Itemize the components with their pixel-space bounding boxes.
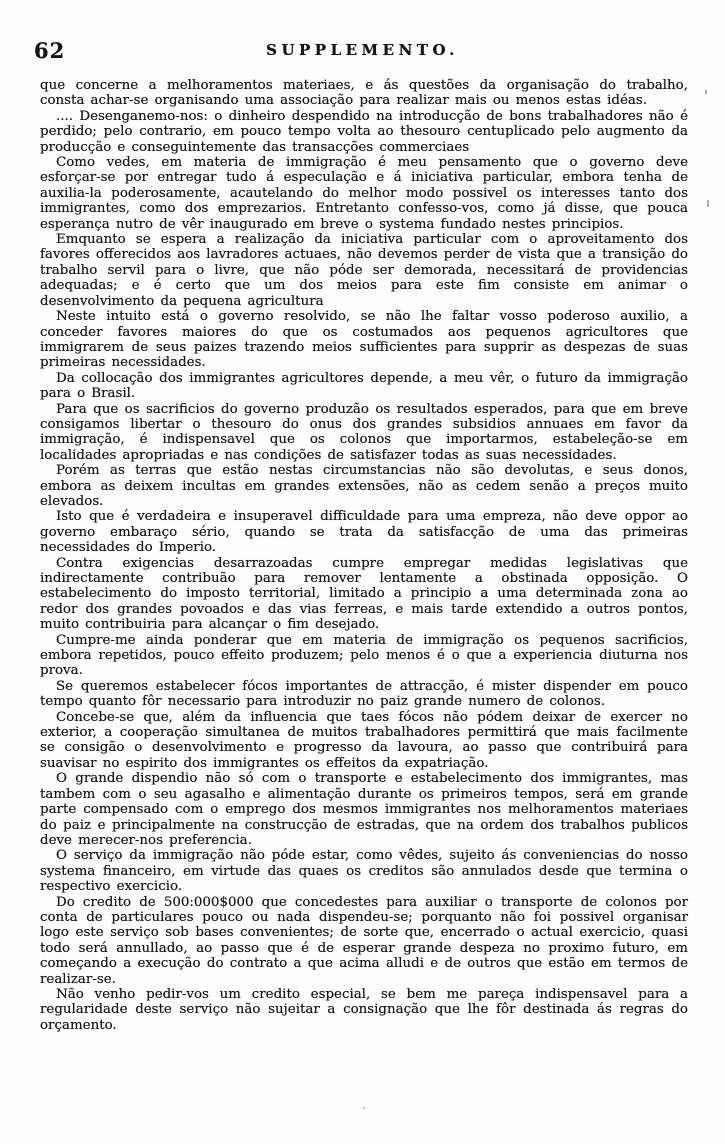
paragraph: .... Desenganemo-nos: o dinheiro despend… (40, 109, 688, 155)
page-header: 62 SUPPLEMENTO. (0, 38, 725, 74)
running-title: SUPPLEMENTO. (0, 41, 725, 59)
paragraph: O serviço da immigração não póde estar, … (40, 848, 688, 894)
scan-speck (705, 90, 707, 94)
paragraph: Isto que é verdadeira e insuperavel diff… (40, 509, 688, 555)
scan-speck (707, 200, 709, 207)
scan-speck (363, 1107, 365, 1109)
paragraph: Do credito de 500:000$000 que concedeste… (40, 895, 688, 987)
paragraph: O grande dispendio não só com o transpor… (40, 771, 688, 848)
document-page: 62 SUPPLEMENTO. que concerne a melhorame… (0, 0, 725, 1144)
paragraph: Concebe-se que, além da influencia que t… (40, 710, 688, 772)
paragraph: Para que os sacrificios do governo produ… (40, 402, 688, 464)
paragraph: Contra exigencias desarrazoadas cumpre e… (40, 556, 688, 633)
paragraph: que concerne a melhoramentos materiaes, … (40, 78, 688, 109)
paragraph: Se queremos estabelecer fócos importante… (40, 679, 688, 710)
paragraph: Da collocação dos immigrantes agricultor… (40, 371, 688, 402)
paragraph: Como vedes, em materia de immigração é m… (40, 155, 688, 232)
paragraph: Cumpre-me ainda ponderar que em materia … (40, 633, 688, 679)
paragraph: Neste intuito está o governo resolvido, … (40, 309, 688, 371)
paragraph: Porém as terras que estão nestas circums… (40, 463, 688, 509)
paragraph: Não venho pedir-vos um credito especial,… (40, 987, 688, 1033)
paragraph: Emquanto se espera a realização da inici… (40, 232, 688, 309)
text-block: que concerne a melhoramentos materiaes, … (40, 78, 688, 1033)
